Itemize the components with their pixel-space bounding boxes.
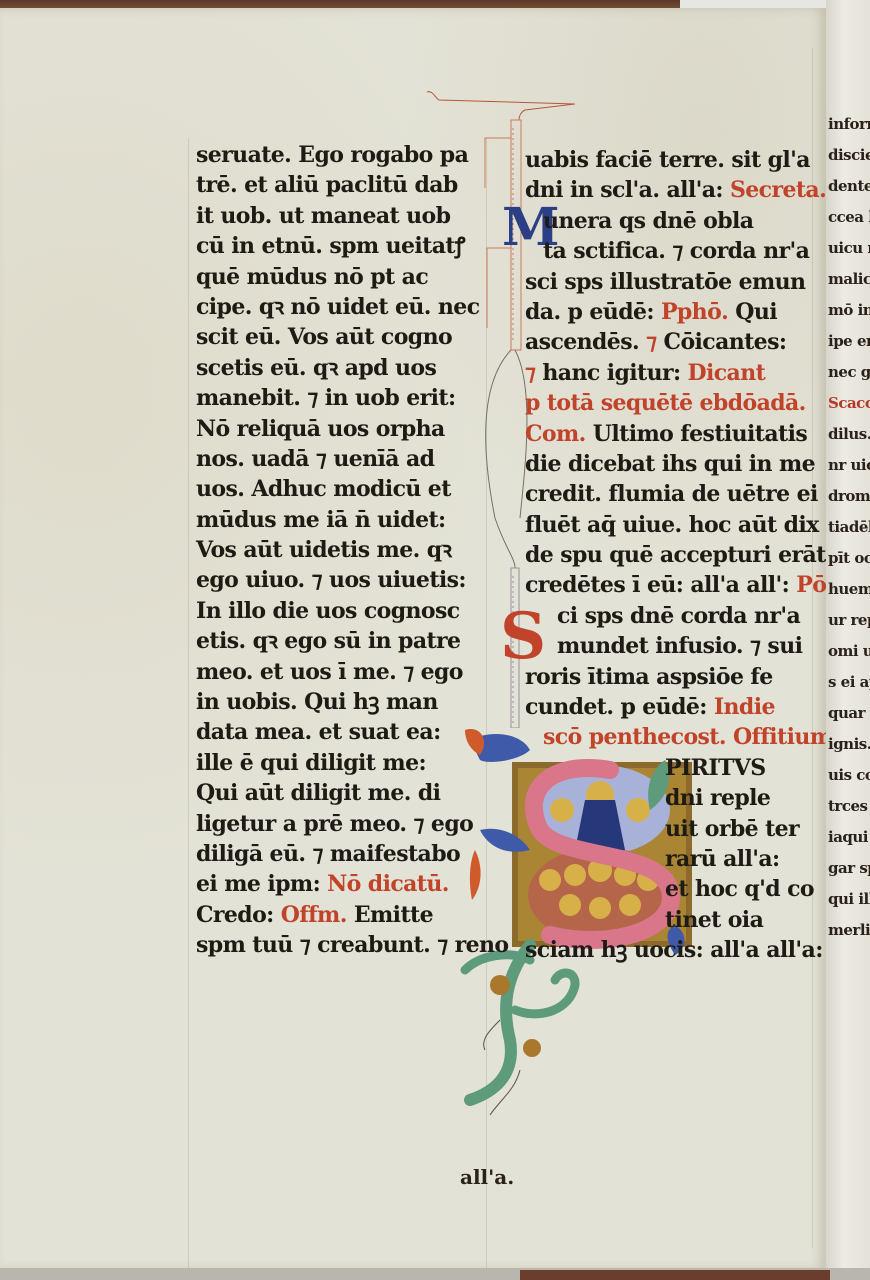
text-line: PIRITVS (525, 753, 810, 783)
text-fragment: da. p eūdē: (525, 299, 661, 325)
text-line: ta sctifica. ⁊ corda nr'a (525, 236, 810, 266)
text-line: Qui aūt diligit me. di (196, 778, 481, 808)
rubric: ⁊ (646, 329, 656, 355)
text-fragment: uabis faciē terre. sit gl'a (525, 147, 810, 173)
text-fragment: dni reple (665, 785, 770, 811)
text-line: roris ītima aspsiōe fe (525, 662, 810, 692)
text-line: de spu quē accepturi erāt: (525, 540, 810, 570)
text-fragment: ci sps dnē corda nr'a (557, 603, 800, 629)
text-line: ei me ipm: Nō dicatū. (196, 869, 481, 899)
text-line: ipe erce c (828, 332, 870, 350)
text-fragment: unera qs dnē obla (543, 208, 753, 234)
text-line: omi ubi c (828, 642, 870, 660)
text-line: merlin (828, 921, 870, 939)
text-fragment: ascendēs. (525, 329, 646, 355)
rubric: Com. (525, 421, 586, 447)
text-fragment: et hoc q'd co (665, 876, 814, 902)
rubric: Scaccum (828, 394, 870, 412)
rubric: Offm. (281, 902, 347, 928)
rubric: ⁊ (525, 360, 535, 386)
text-line: Vos aūt uidetis me. qꝛ (196, 535, 481, 565)
text-line: uit orbē ter (525, 814, 810, 844)
text-line: dilus. Di (828, 425, 870, 443)
text-line: unera qs dnē obla (525, 206, 810, 236)
text-fragment: Credo: (196, 902, 281, 928)
text-line: credit. flumia de uētre ei (525, 479, 810, 509)
text-line: ur repl (828, 611, 870, 629)
rubric: p totā sequētē ebdōadā. (525, 390, 806, 416)
text-fragment: credētes ī eū: all'a all': (525, 572, 796, 598)
text-fragment: dni in scl'a. all'a: (525, 177, 730, 203)
text-line: huemēt (828, 580, 870, 598)
text-fragment: PIRITVS (665, 755, 766, 781)
text-fragment: Emitte (347, 902, 433, 928)
text-line: it uob. ut maneat uob (196, 201, 481, 231)
text-line: Nō reliquā uos orpha (196, 414, 481, 444)
text-line: fluēt aq̄ uiue. hoc aūt dix (525, 510, 810, 540)
text-line: gar sps (828, 859, 870, 877)
left-text-column: seruate. Ego rogabo pa trē. et aliū pacl… (196, 140, 481, 961)
text-line: meo. et uos ī me. ⁊ ego (196, 657, 481, 687)
text-line: mō incod (828, 301, 870, 319)
text-line: quē mūdus nō pt ac (196, 262, 481, 292)
text-line: et hoc q'd co (525, 874, 810, 904)
text-line: iaqui u (828, 828, 870, 846)
text-line: cū in etnū. spm ueitatꝭ (196, 231, 481, 261)
text-fragment: tinet oia (665, 907, 763, 933)
text-fragment: die dicebat ihs qui in me (525, 451, 815, 477)
text-fragment: de spu quē accepturi erāt: (525, 542, 833, 568)
text-line: ⁊ hanc igitur: Dicant (525, 358, 810, 388)
catchword: all'a. (460, 1165, 514, 1189)
text-line: ci sps dnē corda nr'a (525, 601, 810, 631)
text-line: diligā eū. ⁊ maifestabo (196, 839, 481, 869)
text-line: die dicebat ihs qui in me (525, 449, 810, 479)
text-line: pīt occel (828, 549, 870, 567)
rubric: Dicant (688, 360, 766, 386)
text-fragment: roris ītima aspsiōe fe (525, 664, 773, 690)
text-line: scō penthecost. Offitium. (525, 722, 810, 752)
text-line: ego uiuo. ⁊ uos uiuetis: (196, 565, 481, 595)
text-line: dni in scl'a. all'a: Secreta. (525, 175, 810, 205)
ruling-line (188, 138, 189, 1268)
text-fragment: sci sps illustratōe emun (525, 269, 805, 295)
text-line: ligetur a prē meo. ⁊ ego (196, 809, 481, 839)
text-line: trces spu (828, 797, 870, 815)
text-fragment: credit. flumia de uētre ei (525, 481, 818, 507)
text-fragment: mundet infusio. ⁊ sui (557, 633, 802, 659)
text-line: ascendēs. ⁊ Cōicantes: (525, 327, 810, 357)
text-fragment: rarū all'a: (665, 846, 780, 872)
text-line: malicice (828, 270, 870, 288)
text-line: sciam hꝫ uocis: all'a all'a: (525, 935, 810, 965)
text-fragment: fluēt aq̄ uiue. hoc aūt dix (525, 512, 819, 538)
text-line: nr uices p (828, 456, 870, 474)
text-line: s ei appa (828, 673, 870, 691)
text-line: dni reple (525, 783, 810, 813)
text-line: da. p eūdē: Pphō. Qui (525, 297, 810, 327)
text-fragment: spm tuū ⁊ creabunt. ⁊ reno (196, 932, 508, 958)
text-fragment: uit orbē ter (665, 816, 799, 842)
text-line: nos. uadā ⁊ uenīā ad (196, 444, 481, 474)
text-line: cipe. qꝛ nō uidet eū. nec (196, 292, 481, 322)
rubric: Pphō. (661, 299, 728, 325)
text-line: ille ē qui diligit me: (196, 748, 481, 778)
text-line: scit eū. Vos aūt cogno (196, 322, 481, 352)
text-line: discieb. au (828, 146, 870, 164)
text-line: credētes ī eū: all'a all': Pō. (525, 570, 810, 600)
text-line: scetis eū. qꝛ apd uos (196, 353, 481, 383)
text-line: uis cor. E (828, 766, 870, 784)
text-line: Credo: Offm. Emitte (196, 900, 481, 930)
text-line: mundet infusio. ⁊ sui (525, 631, 810, 661)
text-line: spm tuū ⁊ creabunt. ⁊ reno (196, 930, 481, 960)
text-fragment: ta sctifica. ⁊ corda nr'a (543, 238, 809, 264)
text-line: p totā sequētē ebdōadā. (525, 388, 810, 418)
text-line: nec gaud (828, 363, 870, 381)
text-line: qui illi (828, 890, 870, 908)
text-line: dromices (828, 487, 870, 505)
text-line: tiadēlo (828, 518, 870, 536)
text-line: data mea. et suat ea: (196, 717, 481, 747)
text-line: seruate. Ego rogabo pa (196, 140, 481, 170)
text-line: manebit. ⁊ in uob erit: (196, 383, 481, 413)
text-line: tinet oia (525, 905, 810, 935)
text-fragment: Ultimo festiuitatis (586, 421, 807, 447)
text-fragment: hanc igitur: (535, 360, 687, 386)
text-line: mūdus me iā n̄ uidet: (196, 505, 481, 535)
binding-edge (520, 1270, 830, 1280)
rubric: Indie (714, 694, 775, 720)
text-line: cundet. p eūdē: Indie (525, 692, 810, 722)
book-bottom-edge (0, 1268, 870, 1280)
text-fragment: sciam hꝫ uocis: all'a all'a: (525, 937, 823, 963)
text-line: ignis. sed (828, 735, 870, 753)
text-line: Com. Ultimo festiuitatis (525, 419, 810, 449)
text-line: dentes: Gl (828, 177, 870, 195)
text-fragment: cundet. p eūdē: (525, 694, 714, 720)
text-fragment: ei me ipm: (196, 871, 327, 897)
text-fragment: Cōicantes: (656, 329, 786, 355)
adjacent-page-edge: informa h discieb. au dentes: Gl ccea lo… (826, 0, 870, 1280)
rubric: Secreta. (730, 177, 826, 203)
text-line: sci sps illustratōe emun (525, 267, 810, 297)
rubric: Nō dicatū. (327, 871, 449, 897)
text-line: quar ling (828, 704, 870, 722)
text-line: rarū all'a: (525, 844, 810, 874)
text-line: in uobis. Qui hꝫ man (196, 687, 481, 717)
text-line: uabis faciē terre. sit gl'a (525, 145, 810, 175)
right-text-column: uabis faciē terre. sit gl'a dni in scl'a… (525, 145, 810, 966)
text-line: ccea locu (828, 208, 870, 226)
rubric: scō penthecost. Offitium. (543, 724, 839, 750)
text-line: etis. qꝛ ego sū in patre (196, 626, 481, 656)
text-fragment: Qui (728, 299, 777, 325)
text-line: In illo die uos cognosc (196, 596, 481, 626)
text-line: trē. et aliū paclitū dab (196, 170, 481, 200)
text-line: informa h (828, 115, 870, 133)
text-line: uicu ñco (828, 239, 870, 257)
text-line: uos. Adhuc modicū et (196, 474, 481, 504)
ruling-line (812, 48, 813, 1248)
